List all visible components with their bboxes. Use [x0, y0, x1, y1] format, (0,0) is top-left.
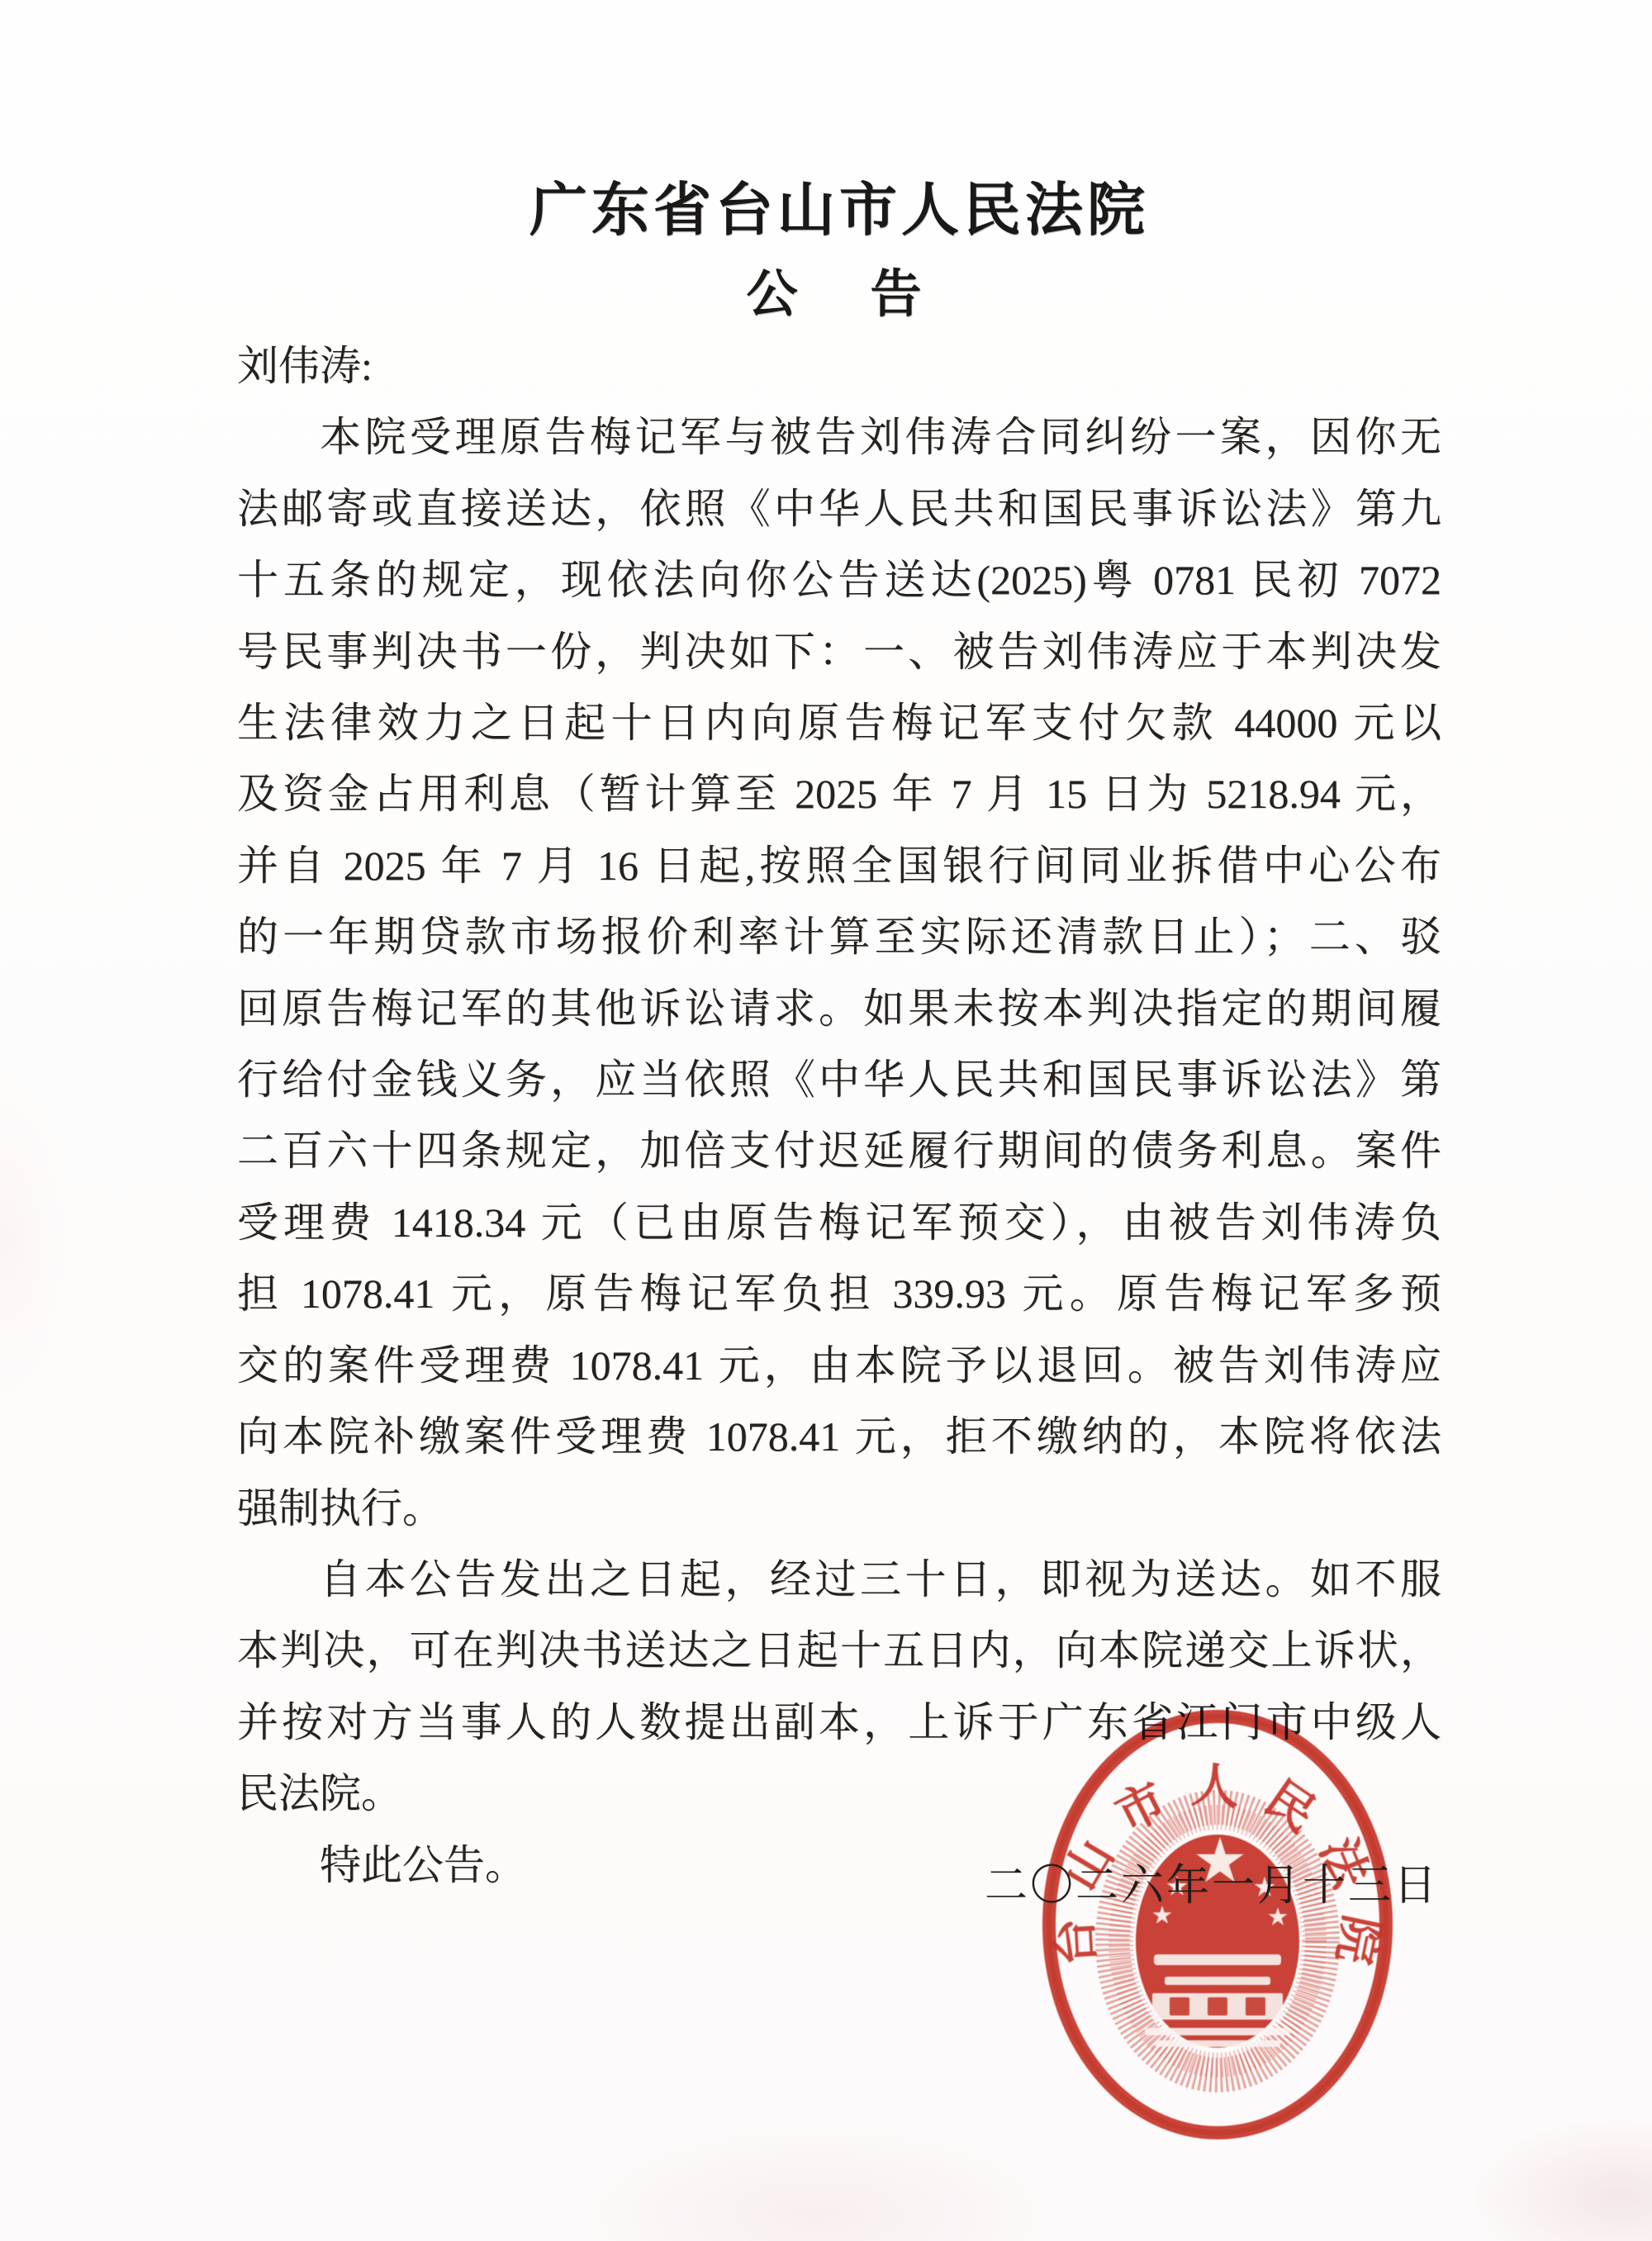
body-line: 强制执行。 [237, 1473, 1441, 1544]
document-page: 广东省台山市人民法院 公 告 刘伟涛: 本院受理原告梅记军与被告刘伟涛合同纠纷一… [0, 0, 1652, 2241]
body-line: 十五条的规定，现依法向你公告送达(2025)粤 0781 民初 7072 [237, 544, 1441, 615]
body-line: 并自 2025 年 7 月 16 日起,按照全国银行间同业拆借中心公布 [237, 830, 1441, 901]
body-line: 受理费 1418.34 元（已由原告梅记军预交），由被告刘伟涛负 [237, 1187, 1441, 1258]
body-line: 自本公告发出之日起，经过三十日，即视为送达。如不服 [237, 1544, 1441, 1615]
body-line: 及资金占用利息（暂计算至 2025 年 7 月 15 日为 5218.94 元， [237, 758, 1441, 829]
body-line: 交的案件受理费 1078.41 元，由本院予以退回。被告刘伟涛应 [237, 1330, 1441, 1401]
body-line: 生法律效力之日起十日内向原告梅记军支付欠款 44000 元以 [237, 687, 1441, 758]
body-line: 本院受理原告梅记军与被告刘伟涛合同纠纷一案，因你无 [237, 401, 1441, 472]
body-line: 行给付金钱义务，应当依照《中华人民共和国民事诉讼法》第 [237, 1044, 1441, 1115]
recipient-line: 刘伟涛: [237, 330, 1441, 401]
body-line: 回原告梅记军的其他诉讼请求。如果未按本判决指定的期间履 [237, 973, 1441, 1044]
official-seal: 台山市人民法院 [1031, 1698, 1404, 2151]
body-line: 向本院补缴案件受理费 1078.41 元，拒不缴纳的，本院将依法 [237, 1401, 1441, 1472]
page-subtitle: 公 告 [237, 253, 1441, 326]
body-line: 担 1078.41 元，原告梅记军负担 339.93 元。原告梅记军多预 [237, 1258, 1441, 1329]
national-emblem-icon [1113, 1807, 1322, 2075]
document-body: 刘伟涛: 本院受理原告梅记军与被告刘伟涛合同纠纷一案，因你无法邮寄或直接送达，依… [237, 330, 1441, 1901]
body-line: 的一年期贷款市场报价利率计算至实际还清款日止）；二、驳 [237, 901, 1441, 972]
page-title: 广东省台山市人民法院 [237, 164, 1441, 247]
body-line: 本判决，可在判决书送达之日起十五日内，向本院递交上诉状， [237, 1615, 1441, 1686]
body-line: 法邮寄或直接送达，依照《中华人民共和国民事诉讼法》第九 [237, 473, 1441, 544]
body-line: 号民事判决书一份，判决如下：一、被告刘伟涛应于本判决发 [237, 616, 1441, 687]
body-line: 二百六十四条规定，加倍支付迟延履行期间的债务利息。案件 [237, 1115, 1441, 1186]
body-paragraphs: 本院受理原告梅记军与被告刘伟涛合同纠纷一案，因你无法邮寄或直接送达，依照《中华人… [237, 401, 1441, 1901]
issue-date: 二〇二六年一月十三日 [985, 1850, 1439, 1912]
